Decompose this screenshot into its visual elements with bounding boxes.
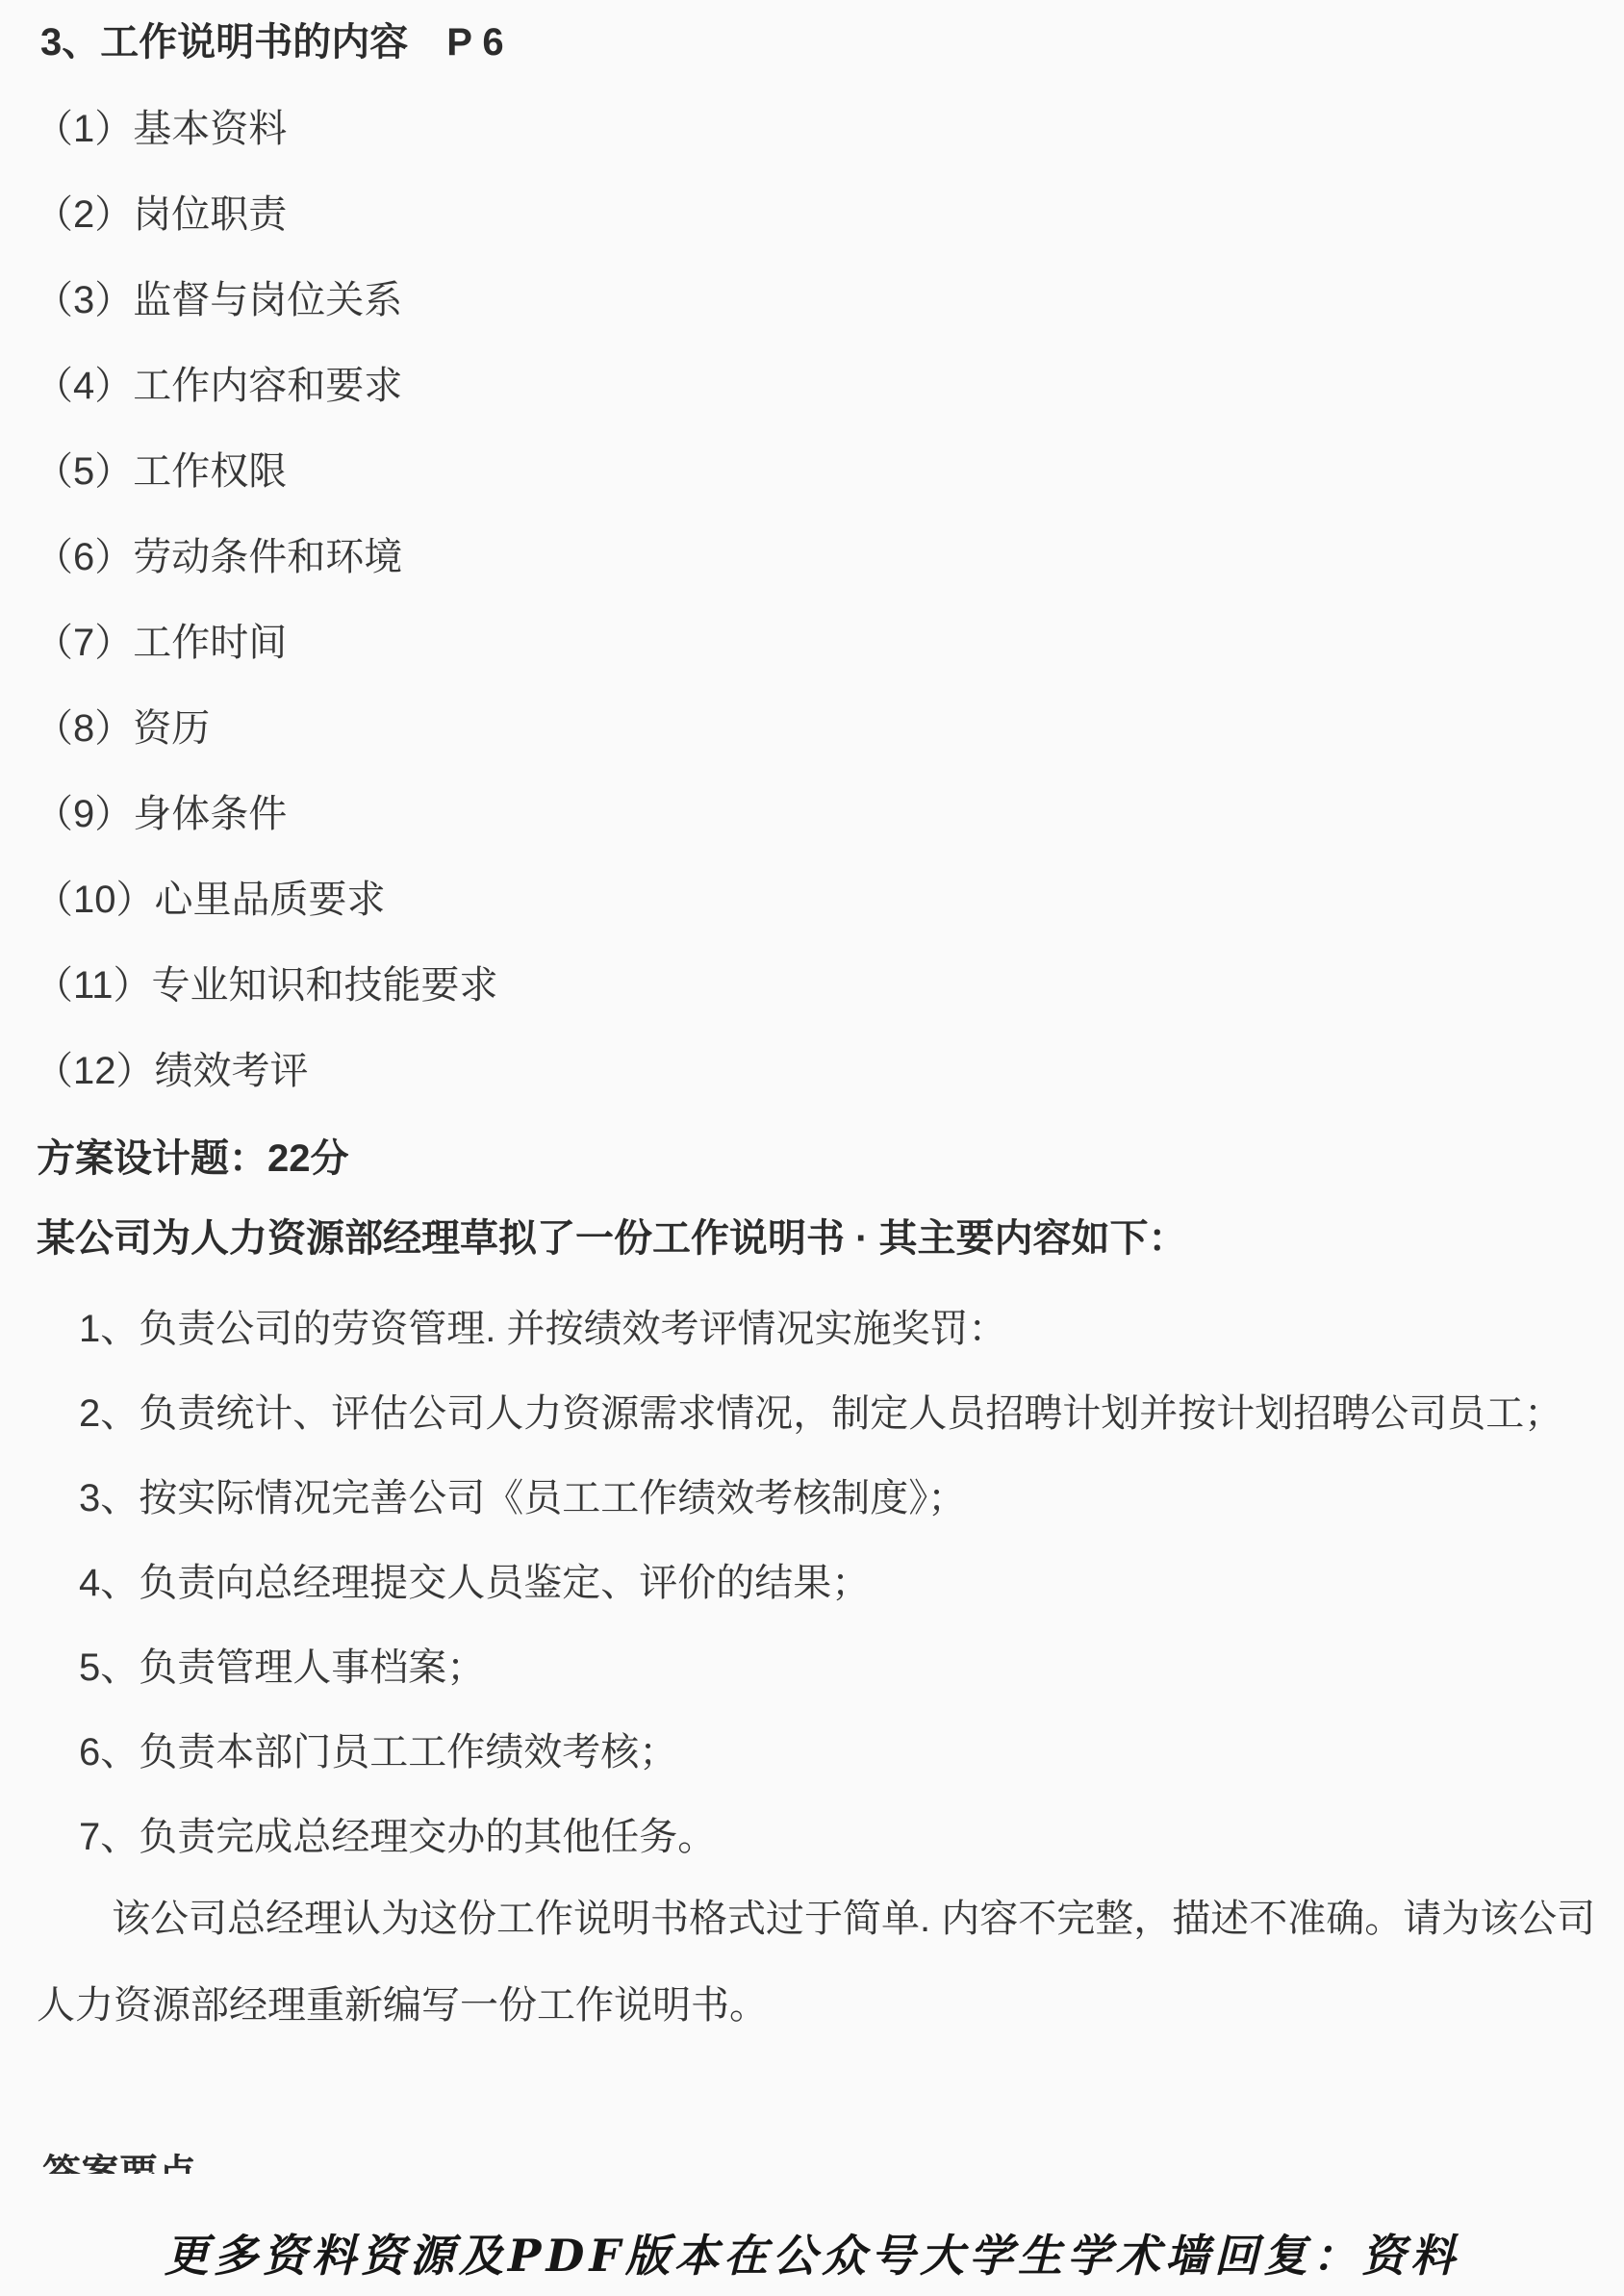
footer-promo-text: 更多资料资源及PDF版本在公众号大学生学术墙回复：资料 bbox=[0, 2227, 1624, 2284]
closing-paragraph-line: 该公司总经理认为这份工作说明书格式过于简单. 内容不完整，描述不准确。请为该公司 bbox=[37, 1896, 1624, 1942]
clipped-answer-heading: 答案要点 bbox=[42, 2151, 1624, 2174]
outline-item: （7）工作时间 bbox=[35, 620, 1624, 666]
outline-item: （10）心里品质要求 bbox=[35, 877, 1624, 923]
document-page: 3、工作说明书的内容 P 6 （1）基本资料 （2）岗位职责 （3）监督与岗位关… bbox=[0, 0, 1624, 2296]
outline-item: （2）岗位职责 bbox=[35, 191, 1624, 238]
duty-item: 3、按实际情况完善公司《员工工作绩效考核制度》； bbox=[79, 1475, 1624, 1521]
duty-item: 4、负责向总经理提交人员鉴定、评价的结果； bbox=[79, 1560, 1624, 1606]
outline-item: （4）工作内容和要求 bbox=[35, 363, 1624, 409]
outline-item: （11）专业知识和技能要求 bbox=[35, 962, 1624, 1008]
outline-item: （12）绩效考评 bbox=[35, 1048, 1624, 1094]
outline-item: （6）劳动条件和环境 bbox=[35, 534, 1624, 580]
duty-item: 5、负责管理人事档案； bbox=[79, 1645, 1624, 1691]
doc-title: 3、工作说明书的内容 P 6 bbox=[40, 19, 1624, 65]
closing-paragraph-line: 人力资源部经理重新编写一份工作说明书。 bbox=[37, 1982, 1624, 2028]
outline-item: （9）身体条件 bbox=[35, 791, 1624, 837]
duty-item: 2、负责统计、评估公司人力资源需求情况，制定人员招聘计划并按计划招聘公司员工； bbox=[79, 1390, 1624, 1437]
outline-item: （3）监督与岗位关系 bbox=[35, 277, 1624, 323]
outline-item: （5）工作权限 bbox=[35, 448, 1624, 495]
section-intro: 某公司为人力资源部经理草拟了一份工作说明书 · 其主要内容如下： bbox=[37, 1215, 1624, 1262]
duty-item: 1、负责公司的劳资管理. 并按绩效考评情况实施奖罚： bbox=[79, 1306, 1624, 1352]
duty-item: 6、负责本部门员工工作绩效考核； bbox=[79, 1729, 1624, 1775]
section-heading: 方案设计题：22分 bbox=[37, 1135, 1624, 1182]
outline-item: （8）资历 bbox=[35, 705, 1624, 752]
outline-item: （1）基本资料 bbox=[35, 106, 1624, 152]
duty-item: 7、负责完成总经理交办的其他任务。 bbox=[79, 1814, 1624, 1860]
clipped-answer-heading-text: 答案要点 bbox=[42, 2151, 1624, 2174]
